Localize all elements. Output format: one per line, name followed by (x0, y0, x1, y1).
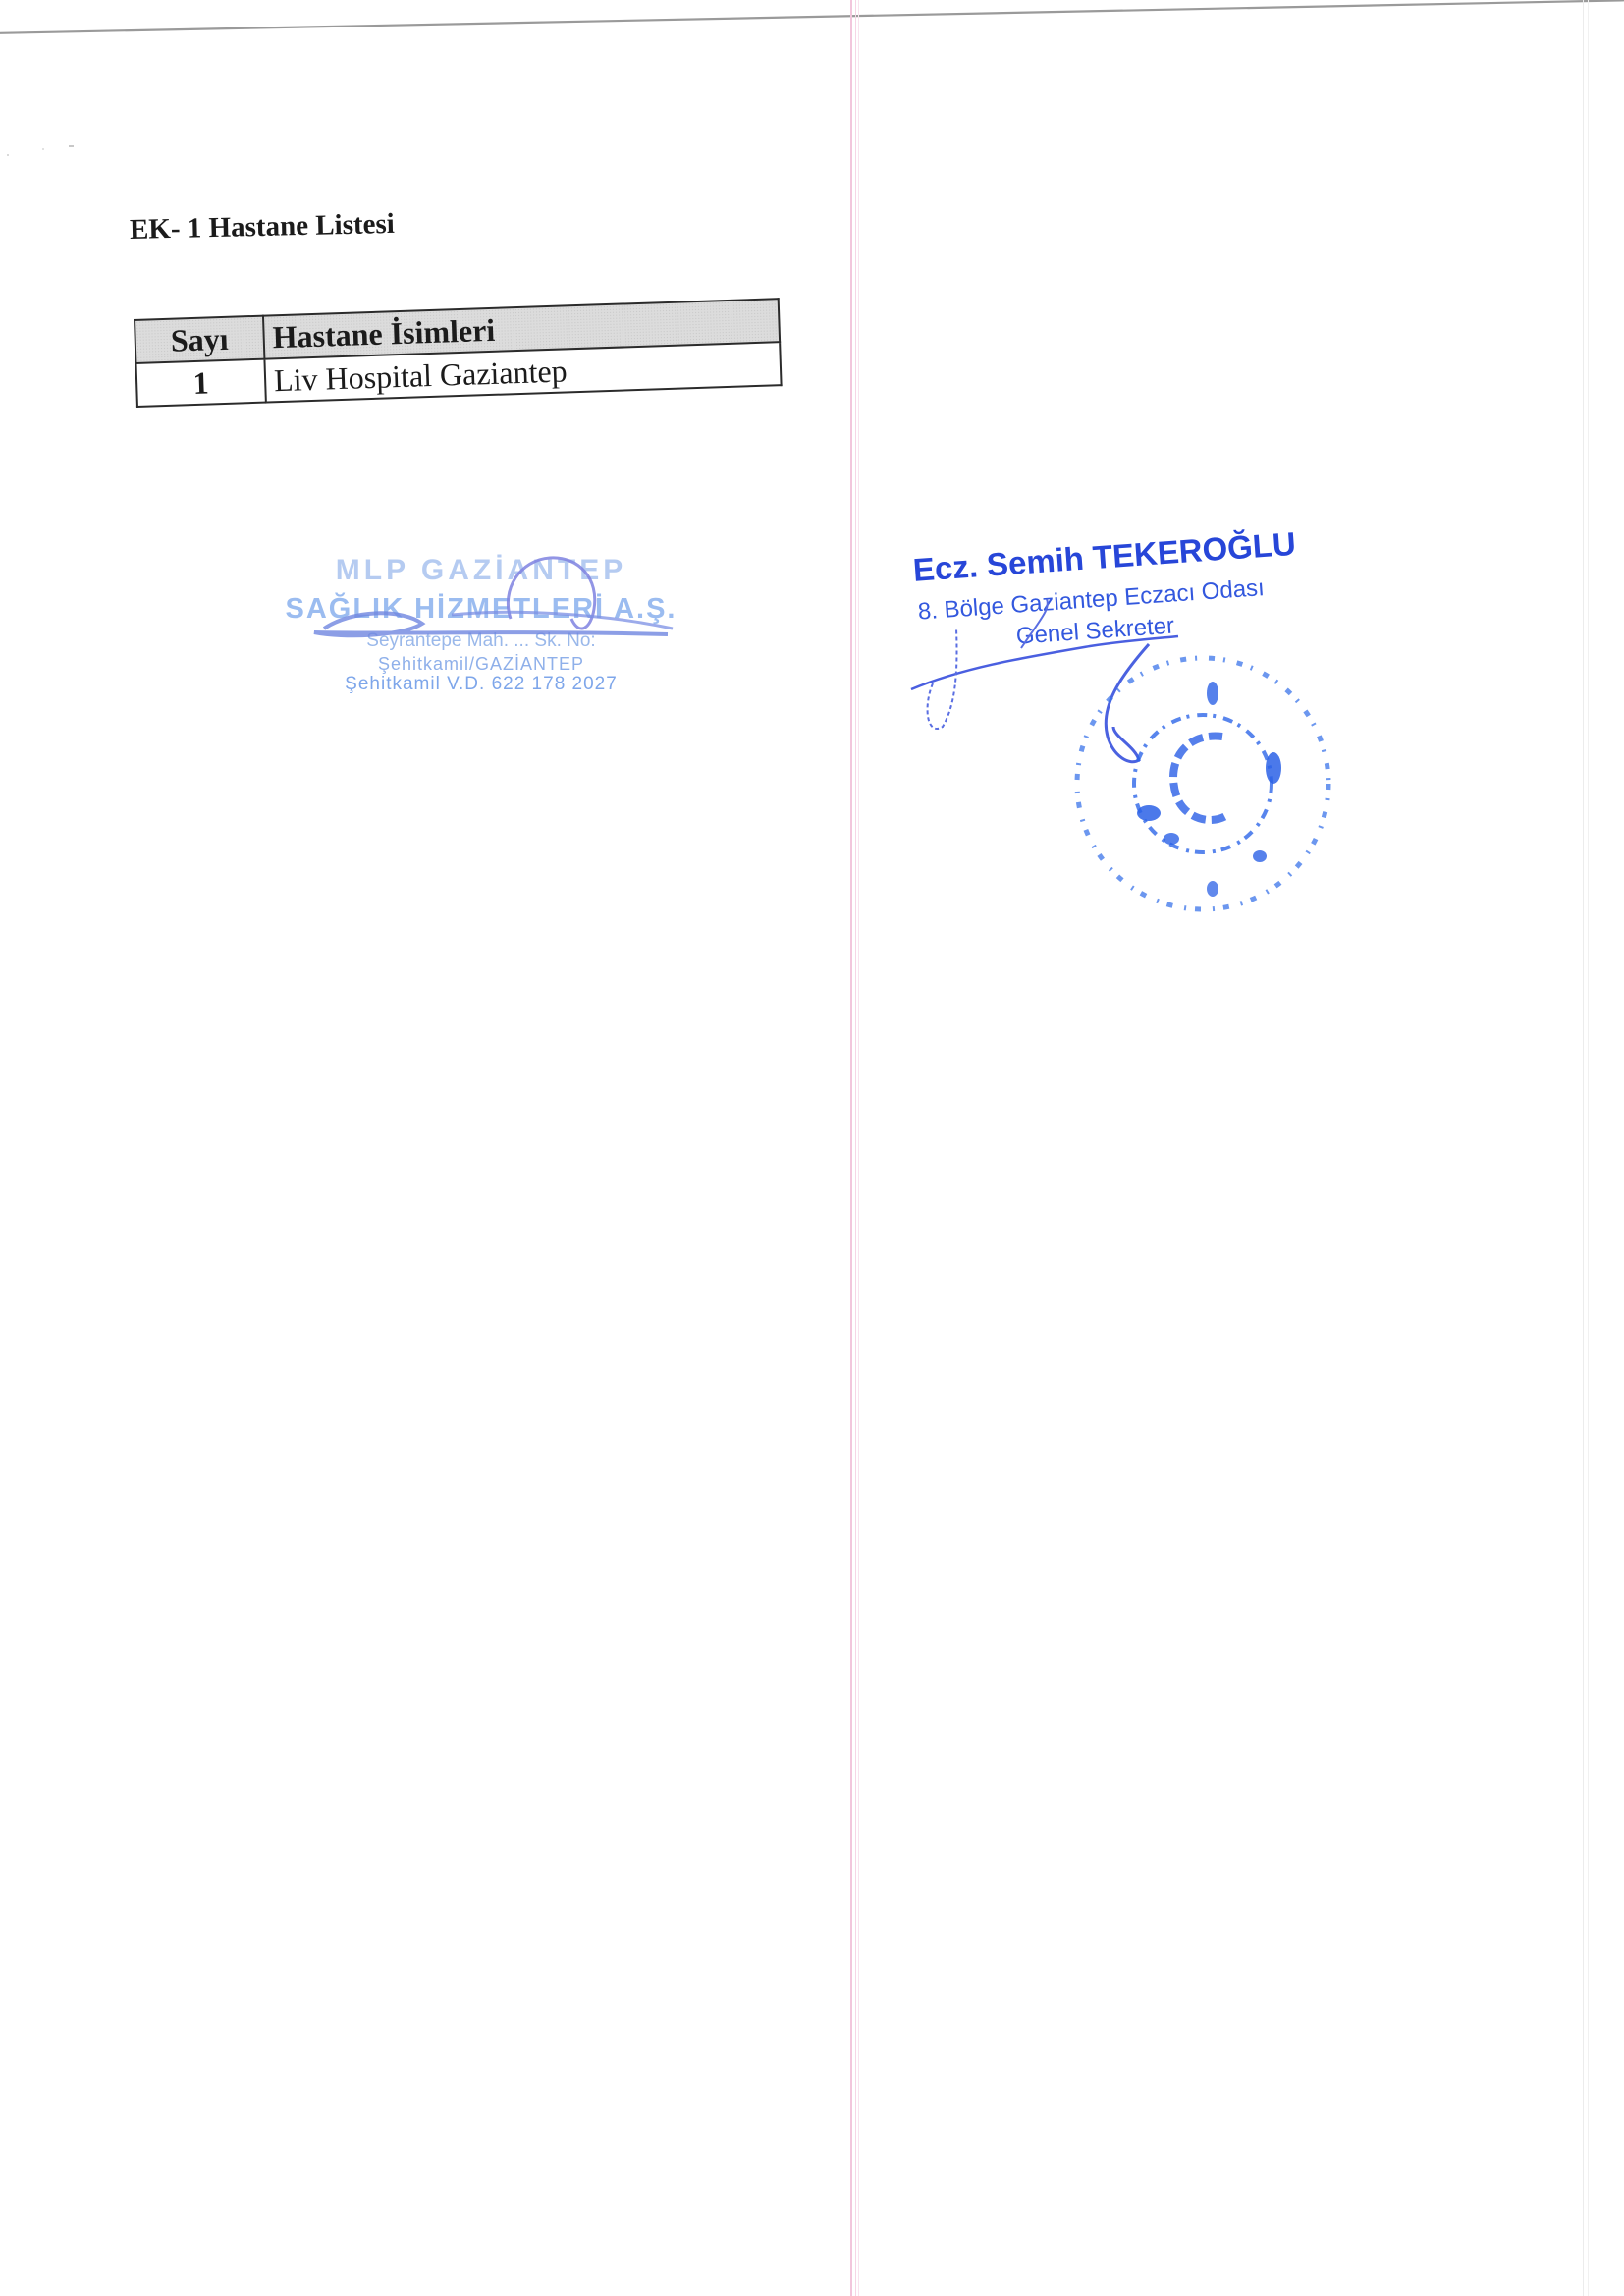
scan-pink-line (858, 0, 859, 2296)
scan-specks (0, 137, 88, 167)
row-number: 1 (135, 359, 265, 407)
scan-pink-line (850, 0, 852, 2296)
scan-pink-line (855, 0, 856, 2296)
scan-right-edge (1583, 0, 1584, 2296)
signature-icon (285, 550, 697, 668)
document-title: EK- 1 Hastane Listesi (130, 208, 396, 246)
round-seal-icon (1056, 638, 1350, 923)
scan-top-edge (0, 0, 1624, 39)
hospital-list-table: Sayı Hastane İsimleri 1 Liv Hospital Gaz… (134, 298, 783, 408)
column-header-count: Sayı (135, 316, 264, 363)
scan-right-edge (1588, 0, 1589, 2296)
company-stamp-line: Şehitkamil V.D. 622 178 2027 (324, 674, 638, 695)
